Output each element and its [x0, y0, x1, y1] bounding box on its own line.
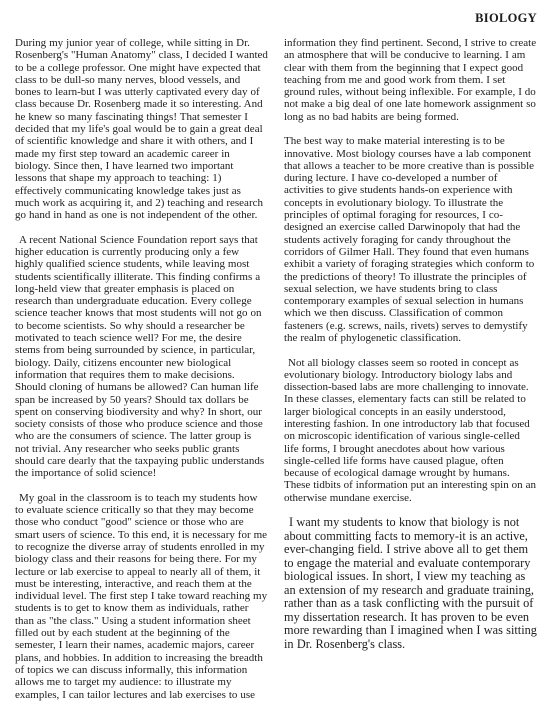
left-column: During my junior year of college, while …: [15, 37, 268, 713]
paragraph: A recent National Science Foundation rep…: [15, 234, 268, 480]
page-header: BIOLOGY: [0, 0, 550, 23]
document-page: BIOLOGY During my junior year of college…: [0, 0, 550, 728]
paragraph: During my junior year of college, while …: [15, 37, 268, 221]
text-columns: During my junior year of college, while …: [0, 23, 550, 713]
paragraph: My goal in the classroom is to teach my …: [15, 492, 268, 701]
paragraph: information they find pertinent. Second,…: [284, 37, 537, 123]
document-title: BIOLOGY: [475, 11, 537, 25]
paragraph: The best way to make material interestin…: [284, 135, 537, 344]
right-column: information they find pertinent. Second,…: [284, 37, 537, 713]
paragraph: I want my students to know that biology …: [284, 516, 537, 651]
paragraph: Not all biology classes seem so rooted i…: [284, 357, 537, 505]
